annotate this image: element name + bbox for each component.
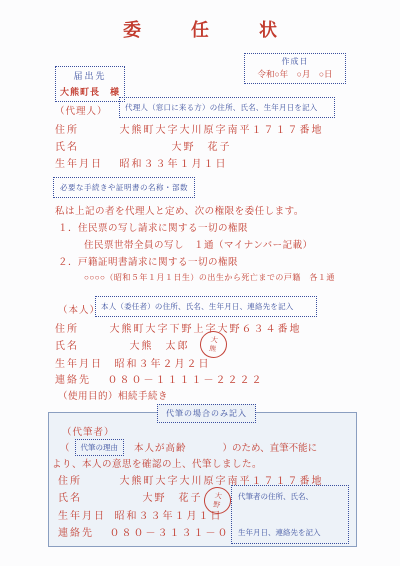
principal-name-value: 大熊 太郎 (130, 341, 190, 352)
scribe-birthdate-value: 昭和３３年１月１日 (115, 511, 223, 522)
principal-contact-value: ０８０－１１１１－２２２２ (108, 375, 264, 386)
scribe-name-row: 氏名 大野 花子 (58, 489, 203, 504)
principal-birthdate-row: 生年月日 昭和３年２月２日 (55, 355, 211, 370)
scribe-reason-close-text: ）のため、直筆不能に (223, 444, 318, 454)
created-date-value: 令和○年 ○月 ○日 (245, 68, 345, 80)
agent-address-row: 住所 大熊町大字大川原字南平１７１７番地 (55, 121, 324, 136)
scribe-name-label: 氏名 (58, 489, 138, 504)
principal-address-label: 住所 (55, 320, 105, 335)
created-date-box: 作成日 令和○年 ○月 ○日 (244, 53, 346, 84)
principal-instruction-note: 本人（委任者）の住所、氏名、生年月日、連絡先を記入 (95, 296, 317, 317)
procedure-item-1-sub: 住民票世帯全員の写し １通（マイナンバー記載） (84, 237, 313, 251)
principal-birthdate-value: 昭和３年２月２日 (115, 359, 211, 370)
scribe-reason-open-paren: （ (60, 444, 70, 454)
procedures-box-label: 必要な手続きや証明書の名称・部数 (53, 177, 195, 198)
principal-address-row: 住所 大熊町大字下野上字大野６３４番地 (55, 320, 302, 335)
recipient-box: 届出先 大熊町長 様 (55, 66, 125, 102)
principal-contact-row: 連絡先 ０８０－１１１１－２２２２ (55, 371, 264, 386)
recipient-label: 届出先 (56, 69, 124, 82)
scribe-birthdate-row: 生年月日 昭和３３年１月１日 (58, 507, 223, 522)
scribe-reason-label: 代筆の理由 (75, 439, 125, 456)
delegation-intro: 私は上記の者を代理人と定め、次の権限を委任します。 (55, 203, 304, 217)
agent-birthdate-value: 昭和３３年１月１日 (120, 159, 228, 170)
procedure-item-2: ２．戸籍証明書請求に関する一切の権限 (58, 254, 238, 268)
agent-section-label: （代理人） (55, 103, 108, 117)
created-date-label: 作成日 (245, 56, 345, 67)
agent-address-value: 大熊町大字大川原字南平１７１７番地 (120, 125, 324, 136)
purpose-line: （使用目的）相続手続き (58, 388, 168, 402)
agent-name-value: 大野 花子 (172, 142, 232, 153)
scribe-reason-value: 本人が高齢 (134, 444, 187, 454)
principal-seal-char-bottom: 熊 (209, 344, 217, 353)
page-title: 委 任 状 (0, 16, 400, 42)
scribe-reason-row: （代筆の理由本人が高齢）のため、直筆不能に (60, 438, 317, 456)
scribe-contact-label: 連絡先 (58, 524, 105, 539)
agent-birthdate-row: 生年月日 昭和３３年１月１日 (55, 155, 228, 170)
scribe-section-label: （代筆者） (62, 424, 115, 438)
scribe-instruction-line1: 代筆者の住所、氏名、 (238, 491, 342, 502)
scribe-instruction-note: 代筆者の住所、氏名、 生年月日、連絡先を記入 (231, 485, 349, 544)
agent-instruction-note: 代理人（窓口に来る方）の住所、氏名、生年月日を記入 (119, 97, 335, 118)
principal-name-row: 氏名 大熊 太郎 (55, 337, 190, 352)
scribe-declaration-line: より、本人の意思を確認の上、代筆しました。 (52, 456, 262, 470)
scribe-instruction-line2: 生年月日、連絡先を記入 (238, 527, 342, 538)
scribe-box-title: 代筆の場合のみ記入 (157, 404, 256, 423)
principal-contact-label: 連絡先 (55, 371, 103, 386)
scribe-address-label: 住所 (58, 472, 115, 487)
principal-birthdate-label: 生年月日 (55, 355, 110, 370)
recipient-value: 大熊町長 様 (56, 85, 124, 98)
agent-address-label: 住所 (55, 121, 115, 136)
principal-name-label: 氏名 (55, 337, 125, 352)
principal-section-label: （本人） (58, 302, 100, 316)
scribe-birthdate-label: 生年月日 (58, 507, 110, 522)
procedure-item-1: １．住民票の写し請求に関する一切の権限 (58, 220, 248, 234)
procedure-item-2-sub: ○○○○（昭和５年１月１日生）の出生から死亡までの戸籍 各１通 (84, 272, 335, 283)
scribe-name-value: 大野 花子 (143, 493, 203, 504)
agent-name-label: 氏名 (55, 138, 167, 153)
agent-birthdate-label: 生年月日 (55, 155, 115, 170)
agent-name-row: 氏名 大野 花子 (55, 138, 232, 153)
proxy-form-page: 委 任 状 作成日 令和○年 ○月 ○日 届出先 大熊町長 様 （代理人） 代理… (0, 0, 400, 566)
